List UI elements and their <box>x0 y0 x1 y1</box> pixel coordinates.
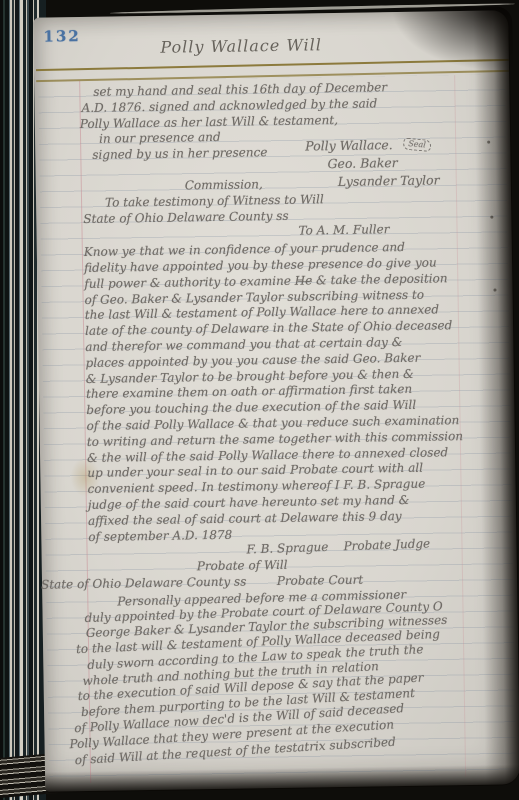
header-rule-top <box>36 59 509 71</box>
signature-block: Polly Wallace.Seal Geo. Baker Lysander T… <box>305 135 440 191</box>
signature-witness-1: Geo. Baker <box>327 153 439 173</box>
handwritten-body: set my hand and seal this 16th day of De… <box>81 78 512 768</box>
signature-text: Polly Wallace. <box>305 137 393 153</box>
ledger-page: 132 Polly Wallace Will set my hand and s… <box>33 10 519 791</box>
signature-testatrix: Polly Wallace.Seal <box>305 135 439 155</box>
seal-scribble-icon: Seal <box>402 138 431 152</box>
signature-witness-2: Lysander Taylor <box>338 171 440 191</box>
page-title: Polly Wallace Will <box>34 33 449 59</box>
handwritten-line: To A. M. Fuller <box>298 221 503 240</box>
scanned-record-book-photo: { "page_number": "132", "header": { "tit… <box>0 0 519 800</box>
